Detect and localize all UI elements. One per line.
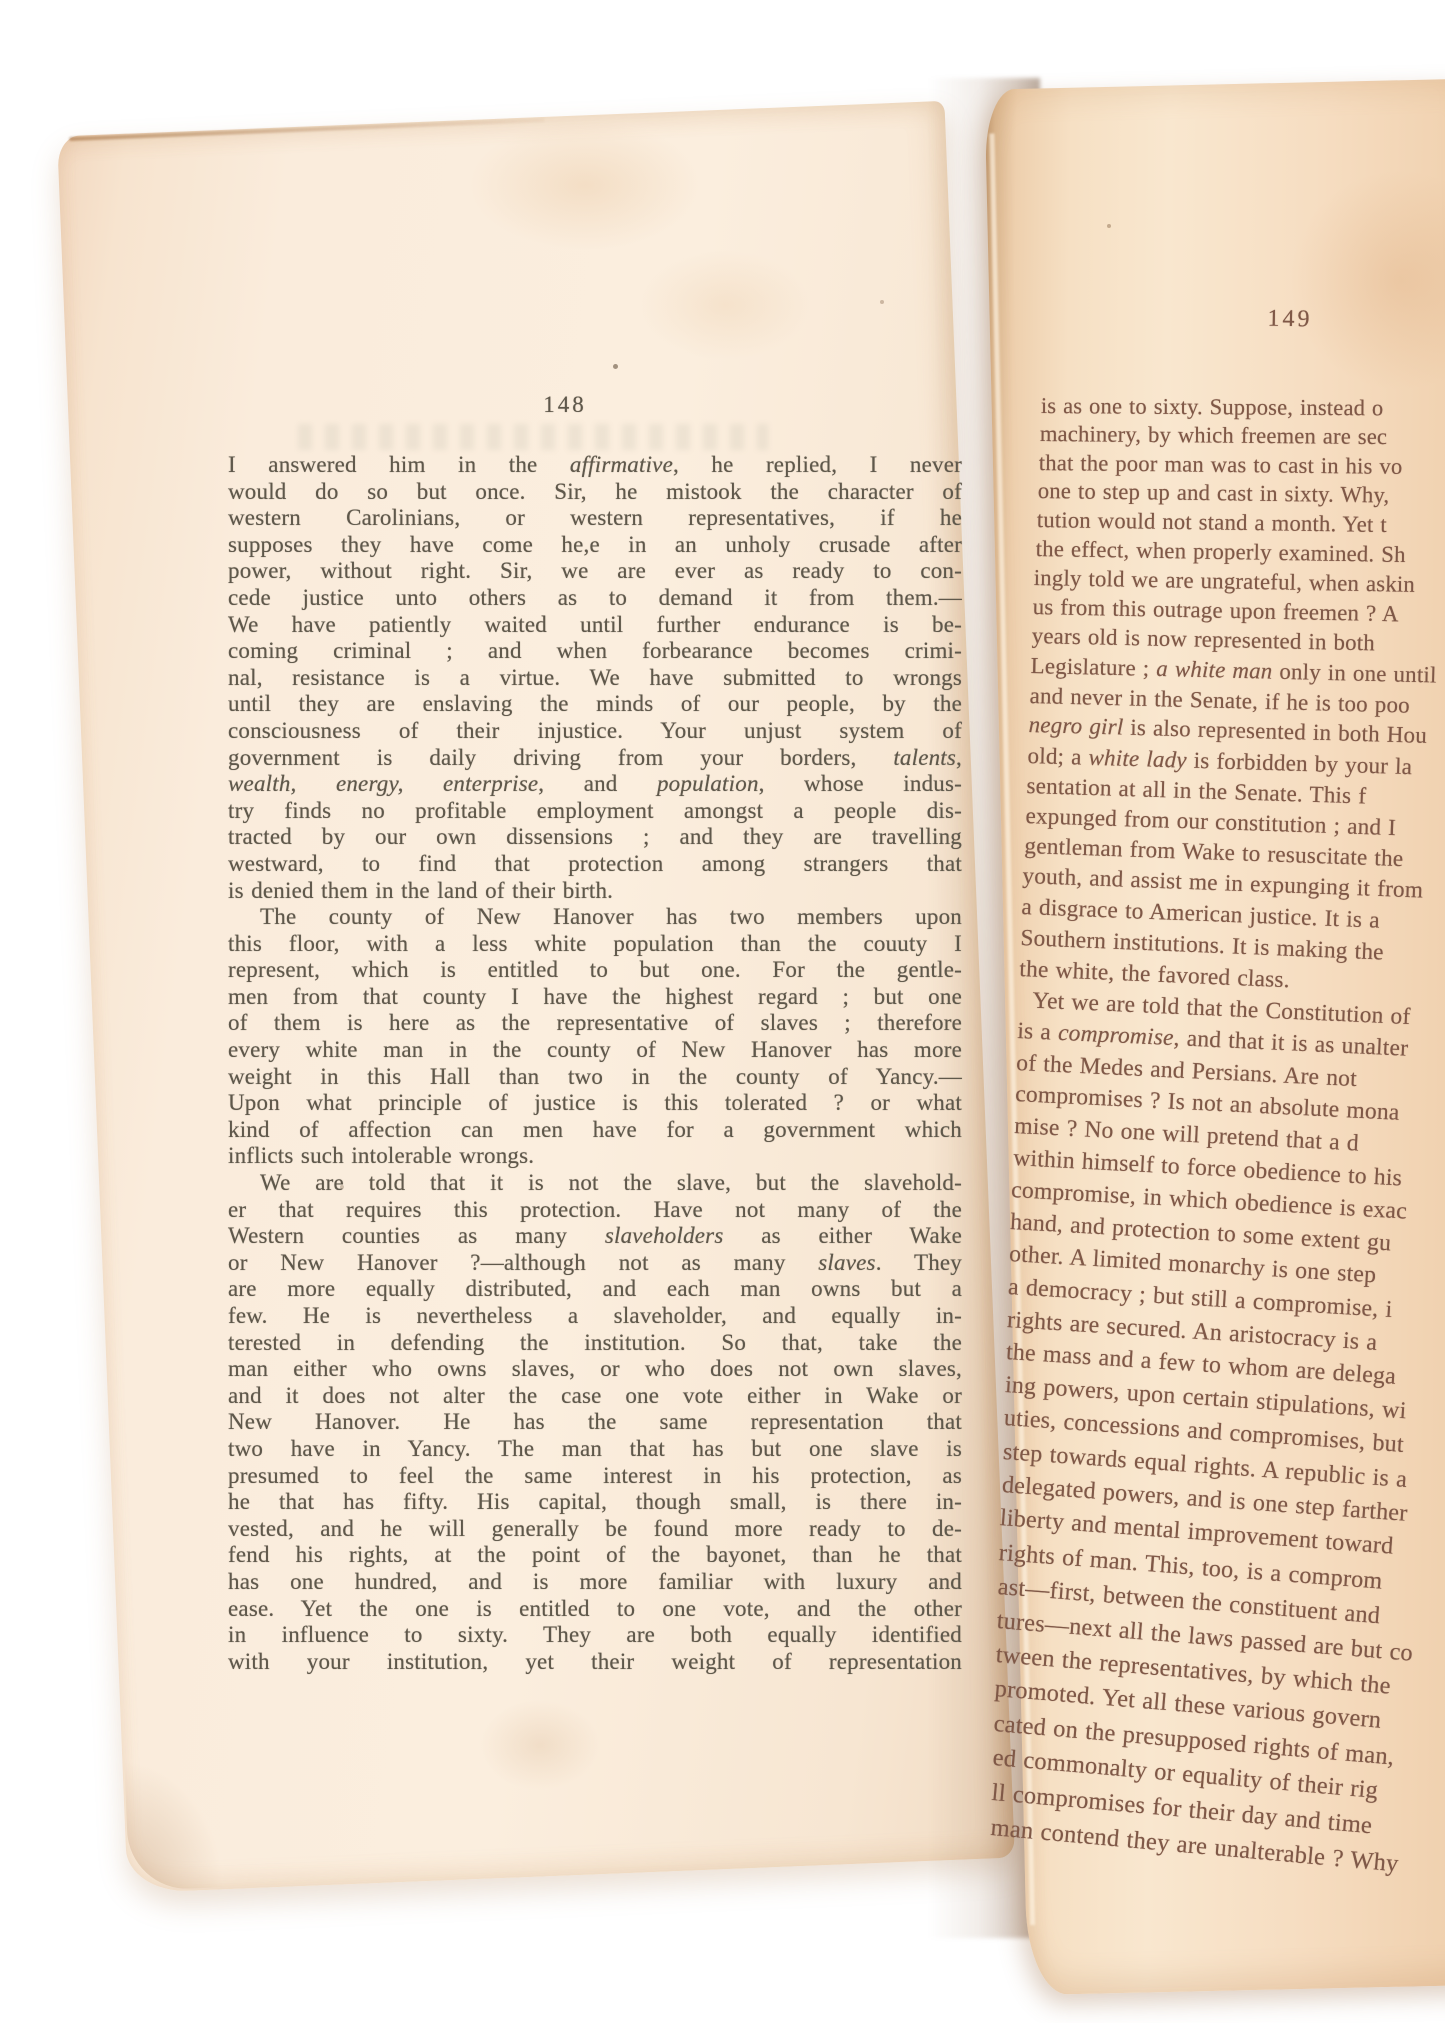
text-line: machinery, by which freemen are sec — [1040, 421, 1388, 450]
text-line: or New Hanover ?—although not as many sl… — [228, 1250, 962, 1277]
text-line: would do so but once. Sir, he mistook th… — [228, 479, 962, 506]
text-line: that the poor man was to cast in his vo — [1039, 450, 1403, 480]
text-line: New Hanover. He has the same representat… — [228, 1409, 962, 1436]
text-line: in influence to sixty. They are both equ… — [228, 1622, 962, 1649]
text-line: tracted by our own dissensions ; and the… — [228, 824, 962, 851]
text-line: government is daily driving from your bo… — [228, 745, 962, 772]
text-line: inflicts such intolerable wrongs. — [228, 1143, 962, 1170]
text-line: We are told that it is not the slave, bu… — [228, 1170, 962, 1197]
text-line: nal, resistance is a virtue. We have sub… — [228, 665, 962, 692]
text-line: one to step up and cast in sixty. Why, — [1037, 478, 1389, 508]
text-line: has one hundred, and is more familiar wi… — [228, 1569, 962, 1596]
text-line: tution would not stand a month. Yet t — [1036, 507, 1386, 538]
text-line: men from that county I have the highest … — [228, 984, 962, 1011]
text-line: fend his rights, at the point of the bay… — [228, 1542, 962, 1569]
text-line: presumed to feel the same interest in hi… — [228, 1463, 962, 1490]
text-line: man either who owns slaves, or who does … — [228, 1356, 962, 1383]
text-line: weight in this Hall than two in the coun… — [228, 1064, 962, 1091]
text-line: with your institution, yet their weight … — [228, 1649, 962, 1676]
text-line: Upon what principle of justice is this t… — [228, 1090, 962, 1117]
text-line: er that requires this protection. Have n… — [228, 1197, 962, 1224]
text-line: every white man in the county of New Han… — [228, 1037, 962, 1064]
text-line: represent, which is entitled to but one.… — [228, 957, 962, 984]
text-line: this floor, with a less white population… — [228, 931, 962, 958]
book-photo: 148 149 I answered him in the affirmativ… — [0, 0, 1445, 2023]
text-line: try finds no profitable employment among… — [228, 798, 962, 825]
left-page-text: I answered him in the affirmative, he re… — [228, 452, 962, 1675]
text-line: supposes they have come he,e in an unhol… — [228, 532, 962, 559]
text-line: is as one to sixty. Suppose, instead o — [1041, 393, 1384, 421]
text-line: wealth, energy, enterprise, and populati… — [228, 771, 962, 798]
text-line: ease. Yet the one is entitled to one vot… — [228, 1596, 962, 1623]
text-line: power, without right. Sir, we are ever a… — [228, 558, 962, 585]
text-line: are more equally distributed, and each m… — [228, 1276, 962, 1303]
text-line: Western counties as many slaveholders as… — [228, 1223, 962, 1250]
text-line: terested in defending the institution. S… — [228, 1330, 962, 1357]
text-line: cede justice unto others as to demand it… — [228, 585, 962, 612]
text-line: is denied them in the land of their birt… — [228, 878, 962, 905]
text-line: until they are enslaving the minds of ou… — [228, 691, 962, 718]
text-line: of them is here as the representative of… — [228, 1010, 962, 1037]
text-line: he that has fifty. His capital, though s… — [228, 1489, 962, 1516]
text-line: and it does not alter the case one vote … — [228, 1383, 962, 1410]
text-line: few. He is nevertheless a slaveholder, a… — [228, 1303, 962, 1330]
right-page-number: 149 — [1195, 304, 1385, 334]
text-line: western Carolinians, or western represen… — [228, 505, 962, 532]
text-line: The county of New Hanover has two member… — [228, 904, 962, 931]
text-line: consciousness of their injustice. Your u… — [228, 718, 962, 745]
text-line: coming criminal ; and when forbearance b… — [228, 638, 962, 665]
text-line: westward, to find that protection among … — [228, 851, 962, 878]
left-page-number: 148 — [470, 392, 660, 418]
text-line: two have in Yancy. The man that has but … — [228, 1436, 962, 1463]
text-line: kind of affection can men have for a gov… — [228, 1117, 962, 1144]
text-line: We have patiently waited until further e… — [228, 612, 962, 639]
text-line: vested, and he will generally be found m… — [228, 1516, 962, 1543]
text-line: I answered him in the affirmative, he re… — [228, 452, 962, 479]
